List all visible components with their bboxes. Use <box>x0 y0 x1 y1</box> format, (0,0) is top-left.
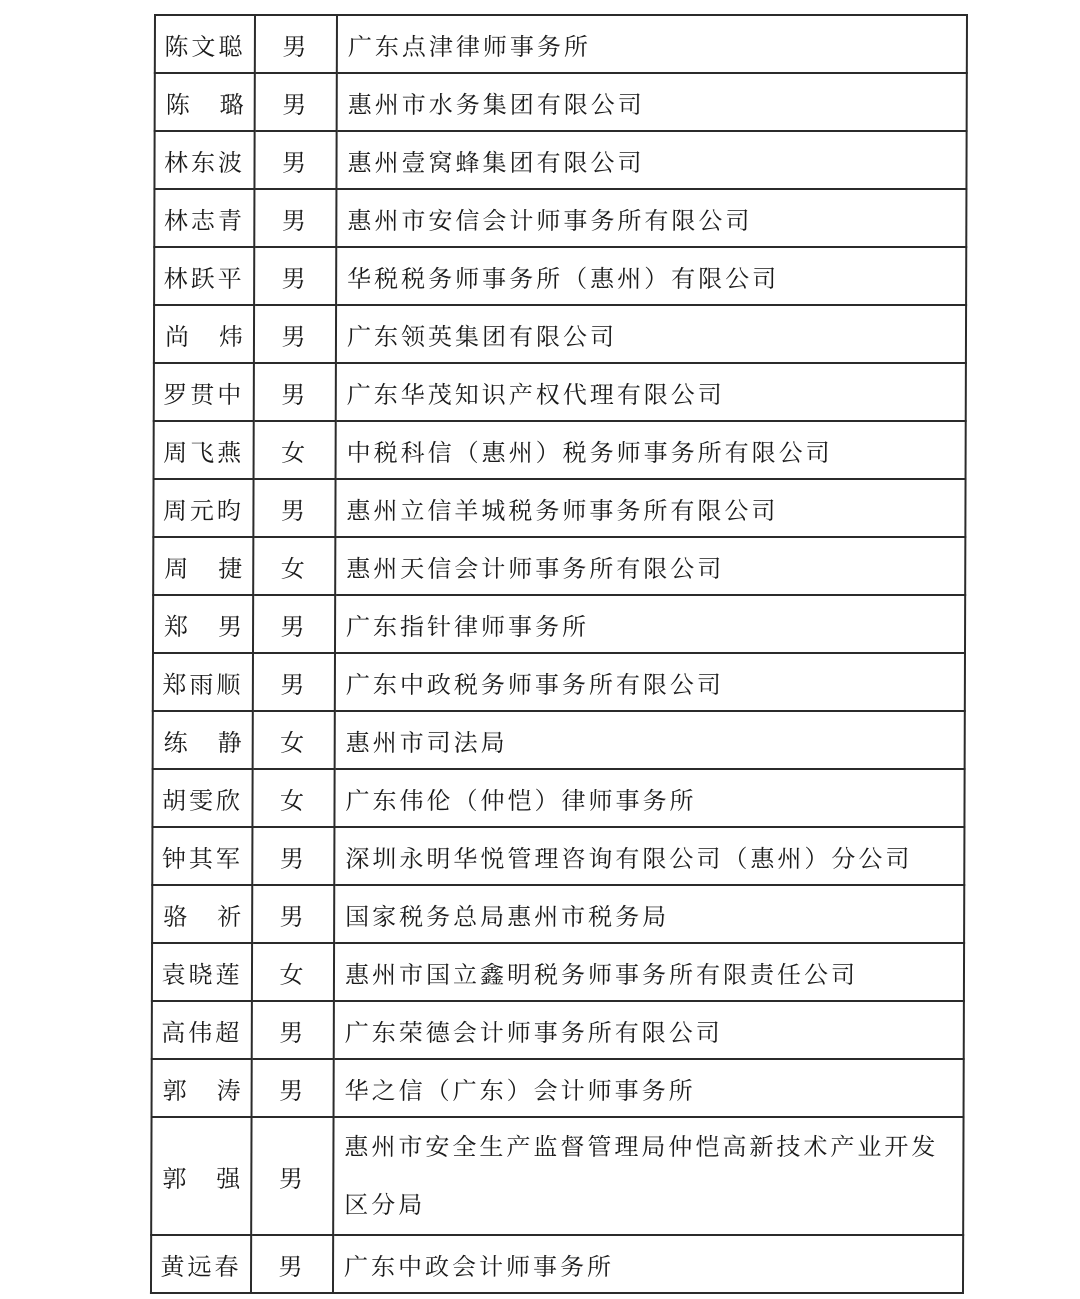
name-text: 郭 涛 <box>163 1071 241 1106</box>
gender-cell: 女 <box>252 943 334 1001</box>
table-row: 练 静 女 惠州市司法局 <box>153 711 965 769</box>
name-text: 练 静 <box>164 723 242 758</box>
table-row: 周元昀 男 惠州立信羊城税务师事务所有限公司 <box>153 479 965 537</box>
table-row: 罗贯中 男 广东华茂知识产权代理有限公司 <box>154 363 966 421</box>
name-cell: 郑 男 <box>153 595 253 653</box>
organization-cell: 华之信（广东）会计师事务所 <box>334 1059 964 1117</box>
name-cell: 钟其军 <box>152 827 252 885</box>
table-row: 高伟超 男 广东荣德会计师事务所有限公司 <box>152 1001 964 1059</box>
table-row: 黄远春 男 广东中政会计师事务所 <box>151 1235 963 1293</box>
name-cell: 郑雨顺 <box>153 653 253 711</box>
organization-cell: 惠州壹窝蜂集团有限公司 <box>336 131 966 189</box>
gender-cell: 男 <box>255 15 337 73</box>
table-row: 骆 祈 男 国家税务总局惠州市税务局 <box>152 885 964 943</box>
name-cell: 郭 涛 <box>152 1059 252 1117</box>
name-text: 郭 强 <box>162 1159 240 1194</box>
organization-cell: 惠州市水务集团有限公司 <box>337 73 967 131</box>
table-row: 郭 涛 男 华之信（广东）会计师事务所 <box>152 1059 964 1117</box>
table-row: 周 捷 女 惠州天信会计师事务所有限公司 <box>153 537 965 595</box>
name-text: 陈 璐 <box>166 85 244 120</box>
organization-cell: 国家税务总局惠州市税务局 <box>334 885 964 943</box>
name-text: 骆 祈 <box>163 897 241 932</box>
name-cell: 骆 祈 <box>152 885 252 943</box>
name-cell: 周飞燕 <box>154 421 254 479</box>
table-row: 尚 炜 男 广东领英集团有限公司 <box>154 305 966 363</box>
roster-table: 陈文聪 男 广东点津律师事务所 陈 璐 男 惠州市水务集团有限公司 林东波 男 … <box>150 14 968 1294</box>
organization-cell: 深圳永明华悦管理咨询有限公司（惠州）分公司 <box>334 827 964 885</box>
organization-cell: 惠州市安全生产监督管理局仲恺高新技术产业开发区分局 <box>333 1117 963 1235</box>
gender-cell: 女 <box>253 711 335 769</box>
table-row: 林跃平 男 华税税务师事务所（惠州）有限公司 <box>154 247 966 305</box>
table-row: 周飞燕 女 中税科信（惠州）税务师事务所有限公司 <box>154 421 966 479</box>
organization-cell: 广东中政会计师事务所 <box>333 1235 963 1293</box>
name-cell: 陈 璐 <box>155 73 255 131</box>
name-cell: 袁晓莲 <box>152 943 252 1001</box>
name-text: 郑 男 <box>164 607 242 642</box>
organization-cell: 华税税务师事务所（惠州）有限公司 <box>336 247 966 305</box>
organization-cell: 广东点津律师事务所 <box>337 15 967 73</box>
gender-cell: 男 <box>254 247 336 305</box>
name-cell: 罗贯中 <box>154 363 254 421</box>
organization-cell: 广东指针律师事务所 <box>335 595 965 653</box>
gender-cell: 男 <box>251 1117 333 1235</box>
name-cell: 高伟超 <box>152 1001 252 1059</box>
gender-cell: 男 <box>252 827 334 885</box>
organization-cell: 惠州市安信会计师事务所有限公司 <box>336 189 966 247</box>
organization-cell: 广东伟伦（仲恺）律师事务所 <box>334 769 964 827</box>
gender-cell: 男 <box>254 131 336 189</box>
gender-cell: 男 <box>252 1001 334 1059</box>
organization-cell: 惠州市司法局 <box>335 711 965 769</box>
table-row: 钟其军 男 深圳永明华悦管理咨询有限公司（惠州）分公司 <box>152 827 964 885</box>
organization-cell: 广东荣德会计师事务所有限公司 <box>334 1001 964 1059</box>
gender-cell: 男 <box>254 305 336 363</box>
table-row: 陈文聪 男 广东点津律师事务所 <box>155 15 967 73</box>
table-row: 郑 男 男 广东指针律师事务所 <box>153 595 965 653</box>
table-row: 袁晓莲 女 惠州市国立鑫明税务师事务所有限责任公司 <box>152 943 964 1001</box>
gender-cell: 男 <box>254 189 336 247</box>
gender-cell: 男 <box>253 653 335 711</box>
gender-cell: 女 <box>252 769 334 827</box>
name-text: 尚 炜 <box>165 317 243 352</box>
organization-cell: 广东华茂知识产权代理有限公司 <box>336 363 966 421</box>
organization-cell: 惠州立信羊城税务师事务所有限公司 <box>335 479 965 537</box>
gender-cell: 男 <box>253 479 335 537</box>
name-cell: 林志青 <box>154 189 254 247</box>
organization-cell: 惠州天信会计师事务所有限公司 <box>335 537 965 595</box>
table-row: 郑雨顺 男 广东中政税务师事务所有限公司 <box>153 653 965 711</box>
organization-cell: 中税科信（惠州）税务师事务所有限公司 <box>336 421 966 479</box>
gender-cell: 女 <box>253 537 335 595</box>
document-page: 陈文聪 男 广东点津律师事务所 陈 璐 男 惠州市水务集团有限公司 林东波 男 … <box>150 14 968 1294</box>
name-cell: 练 静 <box>153 711 253 769</box>
table-row: 郭 强 男 惠州市安全生产监督管理局仲恺高新技术产业开发区分局 <box>151 1117 963 1235</box>
organization-cell: 惠州市国立鑫明税务师事务所有限责任公司 <box>334 943 964 1001</box>
gender-cell: 男 <box>252 885 334 943</box>
table-row: 陈 璐 男 惠州市水务集团有限公司 <box>155 73 967 131</box>
gender-cell: 男 <box>255 73 337 131</box>
name-cell: 林跃平 <box>154 247 254 305</box>
name-cell: 胡雯欣 <box>152 769 252 827</box>
table-row: 胡雯欣 女 广东伟伦（仲恺）律师事务所 <box>152 769 964 827</box>
name-cell: 陈文聪 <box>155 15 255 73</box>
gender-cell: 男 <box>253 595 335 653</box>
table-row: 林志青 男 惠州市安信会计师事务所有限公司 <box>154 189 966 247</box>
name-text: 周 捷 <box>164 549 242 584</box>
gender-cell: 男 <box>251 1235 333 1293</box>
table-row: 林东波 男 惠州壹窝蜂集团有限公司 <box>154 131 966 189</box>
name-cell: 郭 强 <box>151 1117 251 1235</box>
name-cell: 黄远春 <box>151 1235 251 1293</box>
name-cell: 林东波 <box>154 131 254 189</box>
name-cell: 周元昀 <box>153 479 253 537</box>
gender-cell: 男 <box>252 1059 334 1117</box>
gender-cell: 女 <box>254 421 336 479</box>
name-cell: 周 捷 <box>153 537 253 595</box>
gender-cell: 男 <box>254 363 336 421</box>
name-cell: 尚 炜 <box>154 305 254 363</box>
organization-cell: 广东领英集团有限公司 <box>336 305 966 363</box>
organization-cell: 广东中政税务师事务所有限公司 <box>335 653 965 711</box>
